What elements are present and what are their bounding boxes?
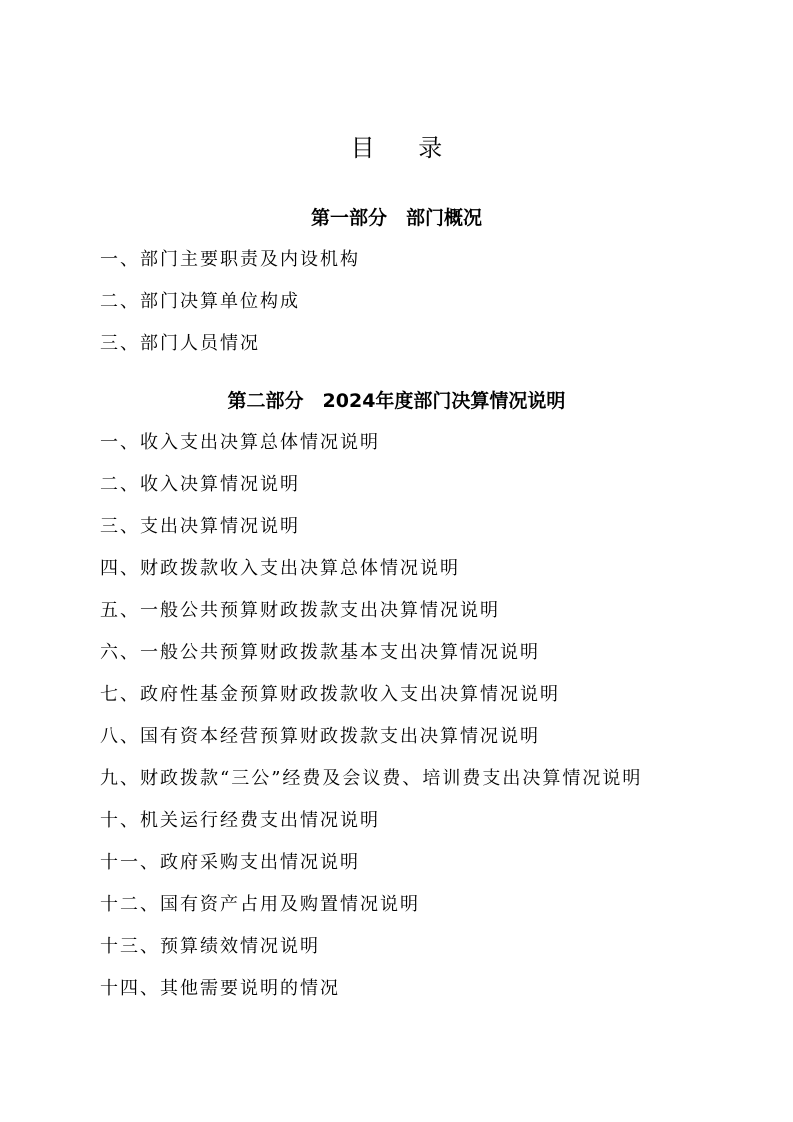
- toc-item[interactable]: 八、国有资本经营预算财政拨款支出决算情况说明: [100, 722, 540, 748]
- toc-item[interactable]: 七、政府性基金预算财政拨款收入支出决算情况说明: [100, 680, 560, 706]
- toc-item[interactable]: 二、部门决算单位构成: [100, 287, 300, 313]
- toc-item[interactable]: 四、财政拨款收入支出决算总体情况说明: [100, 554, 460, 580]
- toc-item[interactable]: 二、收入决算情况说明: [100, 470, 300, 496]
- page-title: 目 录: [0, 128, 793, 163]
- part2-heading: 第二部分 2024年度部门决算情况说明: [0, 386, 793, 413]
- toc-item[interactable]: 三、支出决算情况说明: [100, 512, 300, 538]
- toc-item[interactable]: 十二、国有资产占用及购置情况说明: [100, 890, 420, 916]
- toc-item[interactable]: 十三、预算绩效情况说明: [100, 932, 320, 958]
- toc-item[interactable]: 十一、政府采购支出情况说明: [100, 848, 360, 874]
- toc-item[interactable]: 五、一般公共预算财政拨款支出决算情况说明: [100, 596, 500, 622]
- part1-heading: 第一部分 部门概况: [0, 203, 793, 230]
- toc-item[interactable]: 六、一般公共预算财政拨款基本支出决算情况说明: [100, 638, 540, 664]
- toc-item[interactable]: 三、部门人员情况: [100, 329, 260, 355]
- toc-item[interactable]: 十四、其他需要说明的情况: [100, 974, 340, 1000]
- toc-item[interactable]: 一、部门主要职责及内设机构: [100, 245, 360, 271]
- toc-item[interactable]: 九、财政拨款“三公”经费及会议费、培训费支出决算情况说明: [100, 764, 642, 790]
- toc-item[interactable]: 一、收入支出决算总体情况说明: [100, 428, 380, 454]
- toc-item[interactable]: 十、机关运行经费支出情况说明: [100, 806, 380, 832]
